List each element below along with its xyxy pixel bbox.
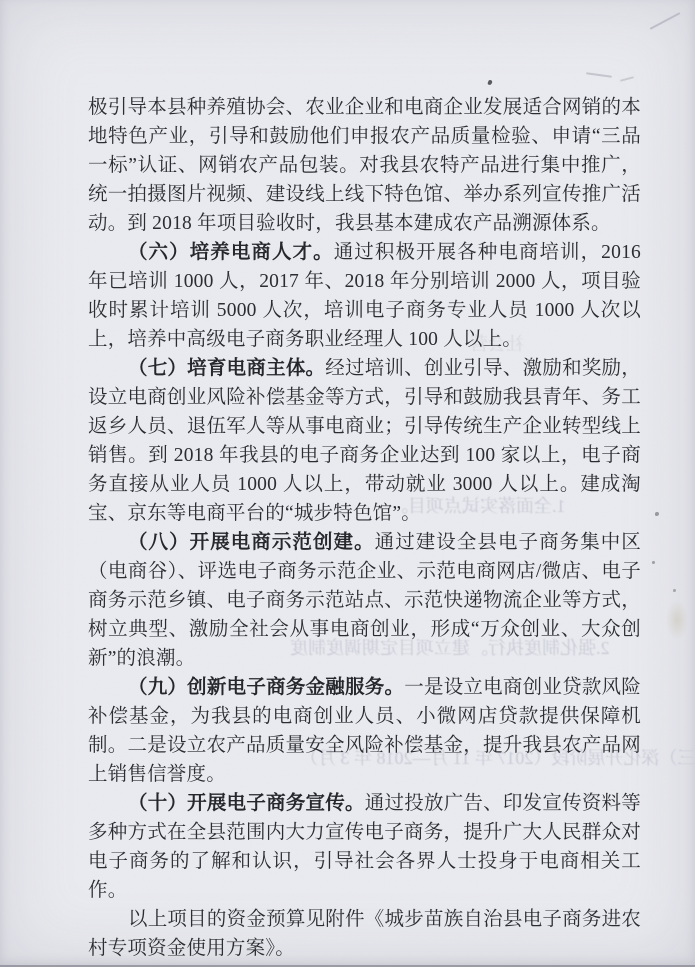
- document-page: 社会营 1.全面落实试点项目。 2.强化制度执行。建立项目定期调度制度 （三）深…: [0, 0, 695, 967]
- paragraph: 极引导本县种养殖协会、农业企业和电商企业发展适合网销的本地特色产业，引导和鼓励他…: [88, 93, 641, 238]
- ink-speck: [487, 79, 492, 85]
- paragraph: （八）开展电商示范创建。通过建设全县电子商务集中区（电商谷）、评选电子商务示范企…: [88, 528, 641, 673]
- paragraph: （七）培育电商主体。经过培训、创业引导、激励和奖励，设立电商创业风险补偿基金等方…: [88, 354, 641, 528]
- ink-speck: [652, 561, 655, 564]
- stain-smudge: [666, 600, 688, 640]
- paragraph-heading: （九）创新电子商务金融服务。: [128, 677, 404, 698]
- paragraph-heading: （十）开展电子商务宣传。: [128, 793, 365, 814]
- scratch-mark: [650, 12, 681, 30]
- paragraph-text: 经过培训、创业引导、激励和奖励，设立电商创业风险补偿基金等方式，引导和鼓励我县青…: [88, 358, 641, 524]
- scratch-mark: [620, 76, 634, 82]
- ink-speck: [655, 512, 659, 516]
- paragraph-text: 以上项目的资金预算见附件《城步苗族自治县电子商务进农村专项资金使用方案》。: [88, 909, 641, 959]
- paragraph-heading: （七）培育电商主体。: [128, 358, 325, 379]
- scratch-mark: [586, 72, 612, 78]
- paragraph: （九）创新电子商务金融服务。一是设立电商创业贷款风险补偿基金，为我县的电商创业人…: [88, 673, 641, 789]
- paragraph: （六）培养电商人才。通过积极开展各种电商培训，2016 年已培训 1000 人，…: [88, 238, 641, 354]
- paragraph-heading: （八）开展电商示范创建。: [128, 532, 375, 553]
- paragraph-text: 极引导本县种养殖协会、农业企业和电商企业发展适合网销的本地特色产业，引导和鼓励他…: [88, 97, 641, 234]
- ink-speck: [673, 589, 676, 592]
- paragraph-heading: （六）培养电商人才。: [128, 242, 334, 263]
- paragraph: 以上项目的资金预算见附件《城步苗族自治县电子商务进农村专项资金使用方案》。: [88, 905, 641, 963]
- document-body: 极引导本县种养殖协会、农业企业和电商企业发展适合网销的本地特色产业，引导和鼓励他…: [88, 93, 641, 963]
- paragraph: （十）开展电子商务宣传。通过投放广告、印发宣传资料等多种方式在全县范围内大力宣传…: [88, 789, 641, 905]
